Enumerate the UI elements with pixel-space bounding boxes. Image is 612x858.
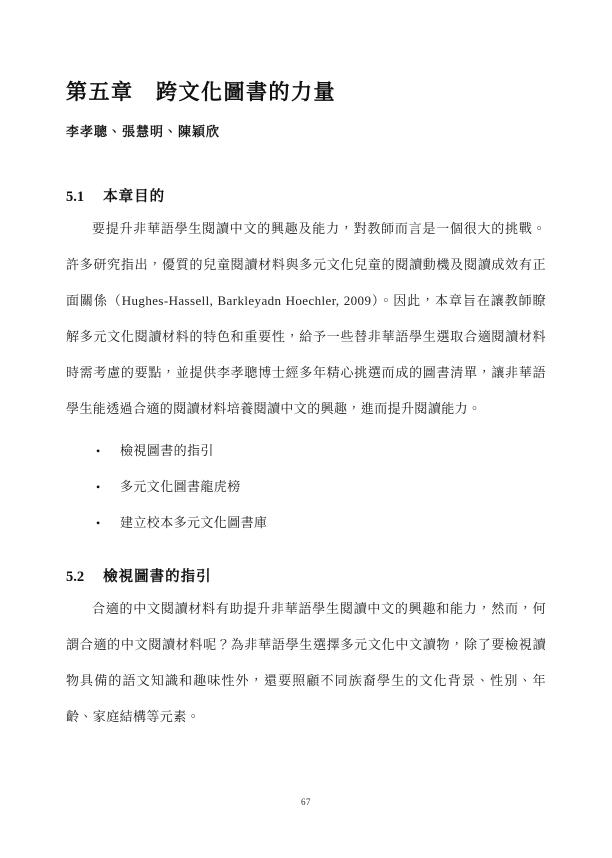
list-item-label: 多元文化圖書龍虎榜 (120, 479, 241, 494)
section-5-1-heading: 5.1本章目的 (66, 185, 546, 206)
list-item: •多元文化圖書龍虎榜 (96, 469, 546, 505)
section-title: 檢視圖書的指引 (103, 569, 212, 585)
chapter-title: 第五章 跨文化圖書的力量 (66, 76, 546, 106)
section-title: 本章目的 (103, 189, 165, 205)
chapter-topics-list: •檢視圖書的指引 •多元文化圖書龍虎榜 •建立校本多元文化圖書庫 (66, 433, 546, 541)
page-number: 67 (0, 797, 612, 807)
bullet-icon: • (96, 434, 120, 469)
bullet-icon: • (96, 470, 120, 505)
document-page: 第五章 跨文化圖書的力量 李孝聰、張慧明、陳穎欣 5.1本章目的 要提升非華語學… (0, 0, 612, 858)
bullet-icon: • (96, 506, 120, 541)
section-number: 5.1 (66, 189, 84, 205)
authors-line: 李孝聰、張慧明、陳穎欣 (66, 121, 546, 140)
section-number: 5.2 (66, 569, 84, 585)
list-item-label: 建立校本多元文化圖書庫 (120, 515, 267, 530)
list-item: •建立校本多元文化圖書庫 (96, 505, 546, 541)
list-item-label: 檢視圖書的指引 (120, 443, 214, 458)
section-5-2-paragraph: 合適的中文閱讀材料有助提升非華語學生閱讀中文的興趣和能力，然而，何謂合適的中文閱… (66, 591, 546, 735)
section-5-1-paragraph: 要提升非華語學生閱讀中文的興趣及能力，對教師而言是一個很大的挑戰。許多研究指出，… (66, 211, 546, 427)
list-item: •檢視圖書的指引 (96, 433, 546, 469)
section-5-1: 5.1本章目的 要提升非華語學生閱讀中文的興趣及能力，對教師而言是一個很大的挑戰… (66, 185, 546, 541)
section-5-2: 5.2檢視圖書的指引 合適的中文閱讀材料有助提升非華語學生閱讀中文的興趣和能力，… (66, 565, 546, 735)
section-5-2-heading: 5.2檢視圖書的指引 (66, 565, 546, 586)
